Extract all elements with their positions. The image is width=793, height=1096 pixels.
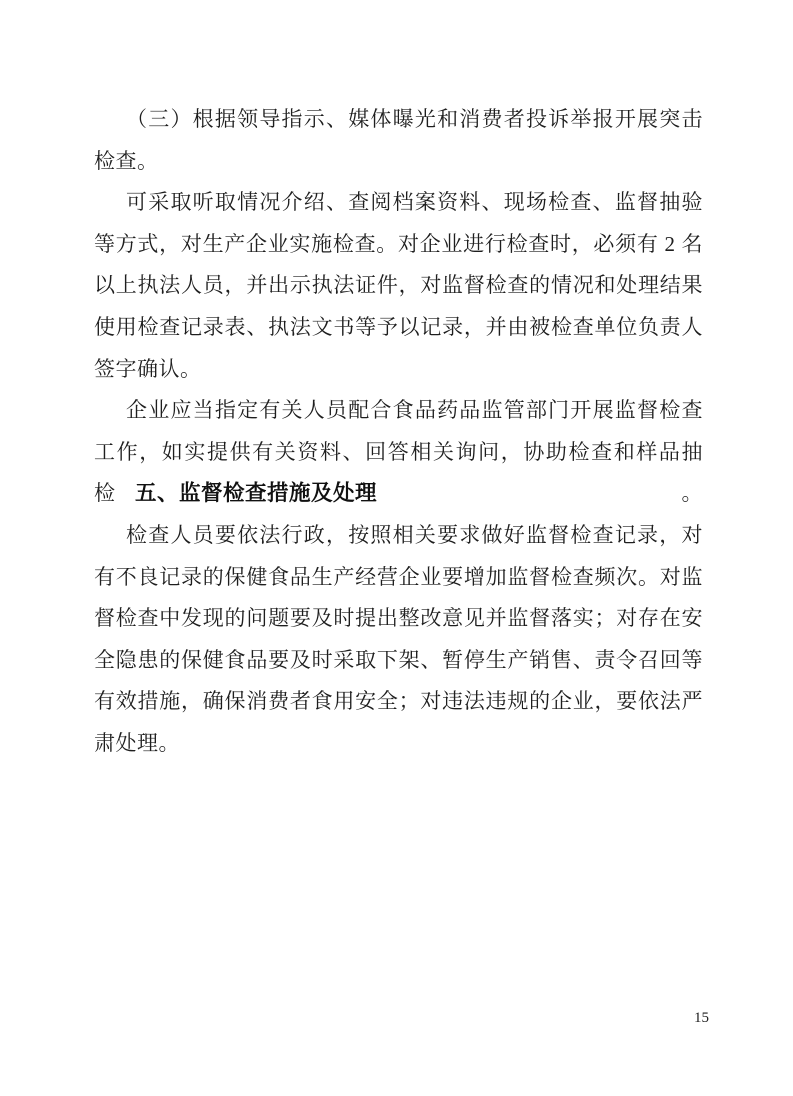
text-line-9: 工作，如实提供有关资料、回答相关询问，协助检查和样品抽检。 <box>94 432 703 474</box>
text-line-13: 督检查中发现的问题要及时提出整改意见并监督落实；对存在安 <box>94 598 703 640</box>
text-line-8: 企业应当指定有关人员配合食品药品监管部门开展监督检查 <box>94 390 703 432</box>
text-line-12: 有不良记录的保健食品生产经营企业要增加监督检查频次。对监 <box>94 557 703 599</box>
text-line-4: 等方式，对生产企业实施检查。对企业进行检查时，必须有 2 名 <box>94 224 703 266</box>
document-body: （三）根据领导指示、媒体曝光和消费者投诉举报开展突击检查。可采取听取情况介绍、查… <box>94 99 703 765</box>
text-line-3: 可采取听取情况介绍、查阅档案资料、现场检查、监督抽验 <box>94 182 703 224</box>
text-line-16: 肃处理。 <box>94 723 703 765</box>
page-number: 15 <box>694 1010 709 1027</box>
text-line-15: 有效措施，确保消费者食用安全；对违法违规的企业，要依法严 <box>94 681 703 723</box>
text-line-7: 签字确认。 <box>94 349 703 391</box>
text-line-14: 全隐患的保健食品要及时采取下架、暂停生产销售、责令召回等 <box>94 640 703 682</box>
text-line-2: 检查。 <box>94 141 703 183</box>
text-line-5: 以上执法人员，并出示执法证件，对监督检查的情况和处理结果 <box>94 265 703 307</box>
text-line-6: 使用检查记录表、执法文书等予以记录，并由被检查单位负责人 <box>94 307 703 349</box>
text-line-1: （三）根据领导指示、媒体曝光和消费者投诉举报开展突击 <box>94 99 703 141</box>
text-line-11: 检查人员要依法行政，按照相关要求做好监督检查记录，对 <box>94 515 703 557</box>
document-page: （三）根据领导指示、媒体曝光和消费者投诉举报开展突击检查。可采取听取情况介绍、查… <box>0 0 793 1096</box>
